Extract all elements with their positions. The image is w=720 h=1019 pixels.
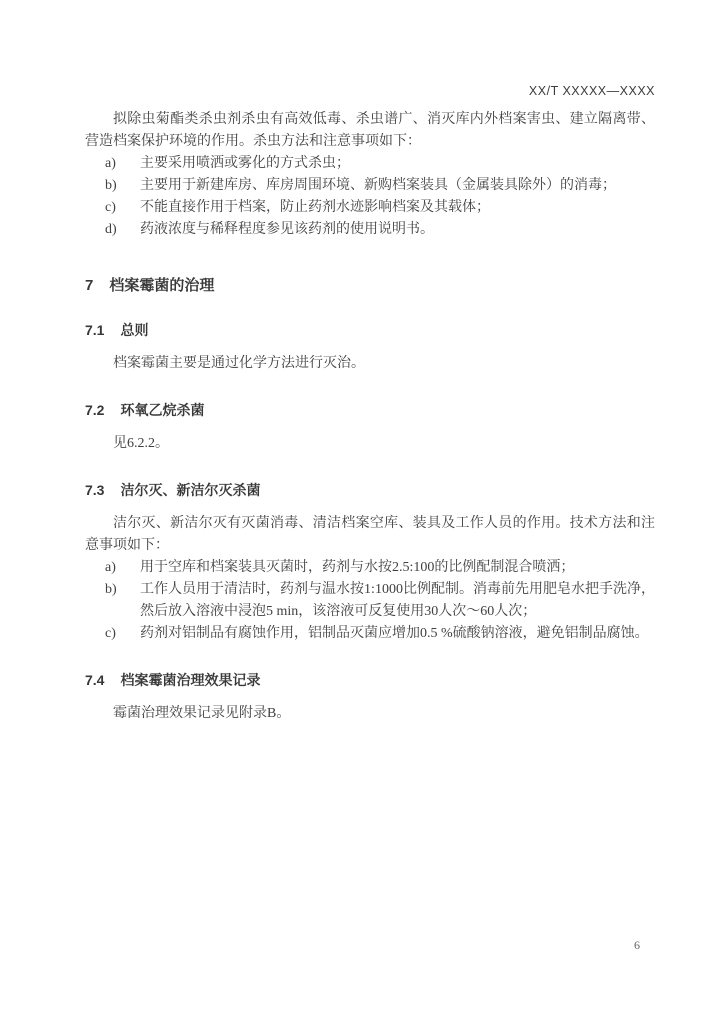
list-item-text: 药剂对铝制品有腐蚀作用，铝制品灭菌应增加0.5 %硫酸钠溶液，避免铝制品腐蚀。: [140, 623, 655, 645]
section-7-4-heading: 7.4档案霉菌治理效果记录: [85, 670, 655, 690]
page-number: 6: [634, 938, 640, 953]
insecticide-method-list: a) 主要采用喷洒或雾化的方式杀虫； b) 主要用于新建库房、库房周围环境、新购…: [85, 153, 655, 241]
intro-paragraph: 拟除虫菊酯类杀虫剂杀虫有高效低毒、杀虫谱广、消灭库内外档案害虫、建立隔离带、营造…: [85, 109, 655, 153]
list-item-text: 主要采用喷洒或雾化的方式杀虫；: [140, 153, 655, 175]
section-7-3-heading: 7.3洁尔灭、新洁尔灭杀菌: [85, 480, 655, 500]
section-7-2-heading: 7.2环氧乙烷杀菌: [85, 400, 655, 420]
list-item: b) 工作人员用于清洁时，药剂与温水按1:1000比例配制。消毒前先用肥皂水把手…: [85, 579, 655, 623]
list-item: c) 药剂对铝制品有腐蚀作用，铝制品灭菌应增加0.5 %硫酸钠溶液，避免铝制品腐…: [85, 623, 655, 645]
section-7-1-heading: 7.1总则: [85, 320, 655, 340]
section-7-heading: 7档案霉菌的治理: [85, 274, 655, 295]
list-item-text: 用于空库和档案装具灭菌时，药剂与水按2.5:100的比例配制混合喷洒；: [140, 557, 655, 579]
list-item: a) 主要采用喷洒或雾化的方式杀虫；: [85, 153, 655, 175]
section-title: 档案霉菌的治理: [109, 277, 214, 294]
section-7-4-body: 霉菌治理效果记录见附录B。: [85, 703, 655, 725]
document-page: XX/T XXXXX—XXXX 拟除虫菊酯类杀虫剂杀虫有高效低毒、杀虫谱广、消灭…: [0, 0, 720, 1019]
list-item-text: 药液浓度与稀释程度参见该药剂的使用说明书。: [140, 219, 655, 241]
list-item: d) 药液浓度与稀释程度参见该药剂的使用说明书。: [85, 219, 655, 241]
section-title: 档案霉菌治理效果记录: [120, 672, 260, 688]
section-title: 总则: [120, 322, 148, 338]
list-item: b) 主要用于新建库房、库房周围环境、新购档案装具（金属装具除外）的消毒；: [85, 175, 655, 197]
section-number: 7.4: [85, 672, 104, 688]
section-7-1-body: 档案霉菌主要是通过化学方法进行灭治。: [85, 353, 655, 375]
section-title: 洁尔灭、新洁尔灭杀菌: [120, 482, 260, 498]
list-item-text: 工作人员用于清洁时，药剂与温水按1:1000比例配制。消毒前先用肥皂水把手洗净，…: [140, 579, 655, 623]
list-item-marker: b): [105, 175, 140, 197]
list-item: a) 用于空库和档案装具灭菌时，药剂与水按2.5:100的比例配制混合喷洒；: [85, 557, 655, 579]
document-code-header: XX/T XXXXX—XXXX: [85, 0, 655, 98]
section-7-2-body: 见6.2.2。: [85, 433, 655, 455]
section-number: 7: [85, 277, 93, 294]
section-number: 7.3: [85, 482, 104, 498]
list-item-marker: d): [105, 219, 140, 241]
list-item: c) 不能直接作用于档案，防止药剂水迹影响档案及其载体；: [85, 197, 655, 219]
list-item-marker: a): [105, 557, 140, 579]
list-item-marker: c): [105, 623, 140, 645]
list-item-marker: b): [105, 579, 140, 623]
section-number: 7.1: [85, 322, 104, 338]
list-item-text: 不能直接作用于档案，防止药剂水迹影响档案及其载体；: [140, 197, 655, 219]
sterilization-method-list: a) 用于空库和档案装具灭菌时，药剂与水按2.5:100的比例配制混合喷洒； b…: [85, 557, 655, 645]
section-7-3-body: 洁尔灭、新洁尔灭有灭菌消毒、清洁档案空库、装具及工作人员的作用。技术方法和注意事…: [85, 513, 655, 557]
section-title: 环氧乙烷杀菌: [120, 402, 204, 418]
list-item-marker: a): [105, 153, 140, 175]
section-number: 7.2: [85, 402, 104, 418]
list-item-marker: c): [105, 197, 140, 219]
list-item-text: 主要用于新建库房、库房周围环境、新购档案装具（金属装具除外）的消毒；: [140, 175, 655, 197]
